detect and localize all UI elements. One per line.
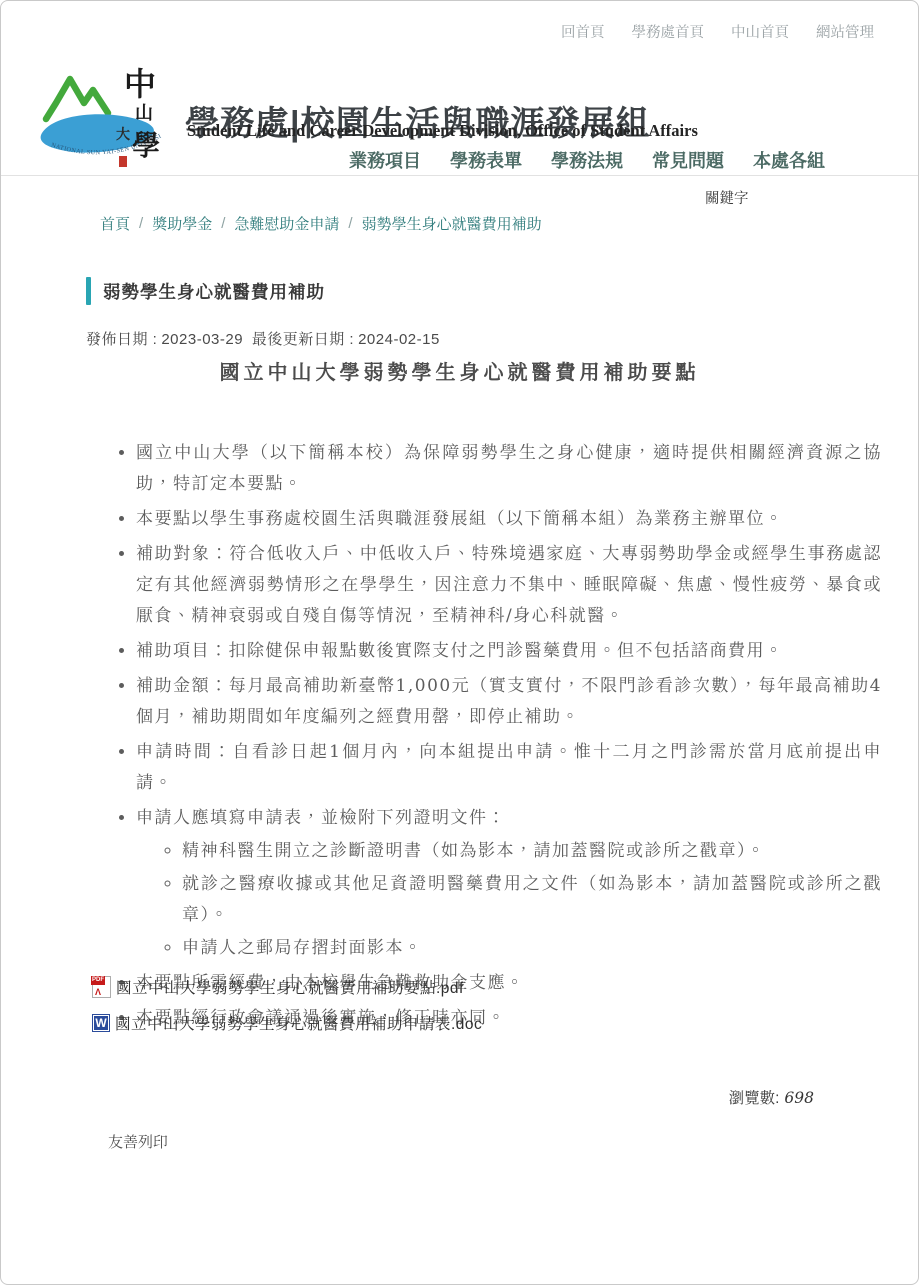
main-menu: 業務項目學務表單學務法規常見問題本處各組 <box>349 147 825 173</box>
breadcrumb-separator: / <box>139 215 143 232</box>
logo-calligraphy-zhong: 中 <box>124 65 156 103</box>
bullet-item: 補助項目：扣除健保申報點數後實際支付之門診醫藥費用。但不包括諮商費用。 <box>136 636 882 667</box>
publish-date-value: 2023-03-29 <box>161 331 243 348</box>
update-date-label: 最後更新日期 : <box>252 331 354 348</box>
main-menu-link[interactable]: 本處各組 <box>753 147 825 173</box>
pdf-icon-tag: PDF <box>91 976 105 985</box>
bullet-item: 國立中山大學（以下簡稱本校）為保障弱勢學生之身心健康，適時提供相關經濟資源之協助… <box>136 438 882 500</box>
bullet-item: 本要點以學生事務處校園生活與職涯發展組（以下簡稱本組）為業務主辦單位。 <box>136 504 882 535</box>
section-accent-bar <box>86 277 91 305</box>
main-menu-link[interactable]: 學務表單 <box>450 147 522 173</box>
site-subtitle: Student Life and Career Development Divi… <box>187 121 698 141</box>
keyword-search-label[interactable]: 關鍵字 <box>705 187 749 208</box>
top-nav: 回首頁學務處首頁中山首頁網站管理 <box>561 21 874 42</box>
sub-bullet-item: 精神科醫生開立之診斷證明書（如為影本，請加蓋醫院或診所之戳章）。 <box>182 836 882 867</box>
breadcrumb-item[interactable]: 首頁 <box>100 213 130 234</box>
breadcrumb-item[interactable]: 急難慰助金申請 <box>234 213 339 234</box>
bullet-item: 申請人應填寫申請表，並檢附下列證明文件：精神科醫生開立之診斷證明書（如為影本，請… <box>136 803 882 964</box>
attachment-filename: 國立中山大學弱勢學生身心就醫費用補助申請表.doc <box>115 1012 482 1034</box>
bullet-list: 國立中山大學（以下簡稱本校）為保障弱勢學生之身心健康，適時提供相關經濟資源之協助… <box>100 438 882 1034</box>
view-count-label: 瀏覽數: <box>729 1090 780 1107</box>
section-heading: 弱勢學生身心就醫費用補助 <box>86 277 325 305</box>
university-logo-icon: NATIONAL SUN YAT-SEN UNIVERSITY 中 山 大 學 <box>34 59 184 177</box>
section-title: 弱勢學生身心就醫費用補助 <box>103 279 325 304</box>
bullet-text: 申請時間：自看診日起1個月內，向本組提出申請。惟十二月之門診需於當月底前提出申請… <box>136 742 882 793</box>
bullet-item: 補助對象：符合低收入戶、中低收入戶、特殊境遇家庭、大專弱勢助學金或經學生事務處認… <box>136 539 882 632</box>
logo-calligraphy-da: 大 <box>116 126 130 143</box>
top-nav-link[interactable]: 學務處首頁 <box>632 21 705 42</box>
breadcrumb-separator: / <box>348 215 352 232</box>
view-count: 瀏覽數:698 <box>729 1086 814 1108</box>
main-menu-link[interactable]: 常見問題 <box>652 147 724 173</box>
update-date-value: 2024-02-15 <box>358 331 440 348</box>
bullet-text: 補助項目：扣除健保申報點數後實際支付之門診醫藥費用。但不包括諮商費用。 <box>136 641 784 661</box>
breadcrumb-separator: / <box>221 215 225 232</box>
bullet-text: 補助金額：每月最高補助新臺幣1,000元（實支實付，不限門診看診次數），每年最高… <box>136 676 882 727</box>
bullet-item: 申請時間：自看診日起1個月內，向本組提出申請。惟十二月之門診需於當月底前提出申請… <box>136 737 882 799</box>
pdf-file-icon: PDFΛ <box>92 976 111 998</box>
pdf-icon-mark: Λ <box>95 988 101 997</box>
attachment-link-pdf[interactable]: PDFΛ國立中山大學弱勢學生身心就醫費用補助要點.pdf <box>92 976 482 998</box>
logo-calligraphy-xue: 學 <box>132 129 160 162</box>
bullet-text: 本要點以學生事務處校園生活與職涯發展組（以下簡稱本組）為業務主辦單位。 <box>136 509 784 529</box>
word-file-icon: W <box>92 1014 110 1032</box>
article-body: 國立中山大學（以下簡稱本校）為保障弱勢學生之身心健康，適時提供相關經濟資源之協助… <box>100 438 882 1038</box>
bullet-text: 補助對象：符合低收入戶、中低收入戶、特殊境遇家庭、大專弱勢助學金或經學生事務處認… <box>136 544 882 626</box>
date-line: 發佈日期 :2023-03-29 最後更新日期 :2024-02-15 <box>86 328 444 349</box>
page: 回首頁學務處首頁中山首頁網站管理 NATIONAL SUN YAT-SEN UN… <box>0 0 919 1285</box>
bullet-text: 國立中山大學（以下簡稱本校）為保障弱勢學生之身心健康，適時提供相關經濟資源之協助… <box>136 443 882 494</box>
bullet-text: 申請人應填寫申請表，並檢附下列證明文件： <box>136 808 506 828</box>
top-nav-link[interactable]: 中山首頁 <box>731 21 789 42</box>
logo-calligraphy-shan: 山 <box>135 103 153 124</box>
university-logo[interactable]: NATIONAL SUN YAT-SEN UNIVERSITY 中 山 大 學 <box>34 59 184 177</box>
bullet-item: 補助金額：每月最高補助新臺幣1,000元（實支實付，不限門診看診次數），每年最高… <box>136 671 882 733</box>
attachments: PDFΛ國立中山大學弱勢學生身心就醫費用補助要點.pdfW國立中山大學弱勢學生身… <box>92 976 482 1048</box>
top-nav-link[interactable]: 回首頁 <box>561 21 605 42</box>
breadcrumb-item[interactable]: 獎助學金 <box>152 213 212 234</box>
breadcrumb: 首頁/獎助學金/急難慰助金申請/弱勢學生身心就醫費用補助 <box>100 213 542 234</box>
sub-bullet-list: 精神科醫生開立之診斷證明書（如為影本，請加蓋醫院或診所之戳章）。就診之醫療收據或… <box>136 836 882 964</box>
attachment-filename: 國立中山大學弱勢學生身心就醫費用補助要點.pdf <box>116 976 464 998</box>
sub-bullet-item: 申請人之郵局存摺封面影本。 <box>182 933 882 964</box>
attachment-link-doc[interactable]: W國立中山大學弱勢學生身心就醫費用補助申請表.doc <box>92 1012 482 1034</box>
main-menu-link[interactable]: 學務法規 <box>551 147 623 173</box>
breadcrumb-item: 弱勢學生身心就醫費用補助 <box>362 213 542 234</box>
logo-seal <box>119 156 127 167</box>
top-nav-link[interactable]: 網站管理 <box>816 21 874 42</box>
view-count-value: 698 <box>784 1089 814 1107</box>
header-divider <box>1 175 918 176</box>
friendly-print-link[interactable]: 友善列印 <box>108 1131 168 1152</box>
main-menu-link[interactable]: 業務項目 <box>349 147 421 173</box>
document-title: 國立中山大學弱勢學生身心就醫費用補助要點 <box>1 356 918 385</box>
publish-date-label: 發佈日期 : <box>86 331 157 348</box>
sub-bullet-item: 就診之醫療收據或其他足資證明醫藥費用之文件（如為影本，請加蓋醫院或診所之戳章）。 <box>182 869 882 931</box>
